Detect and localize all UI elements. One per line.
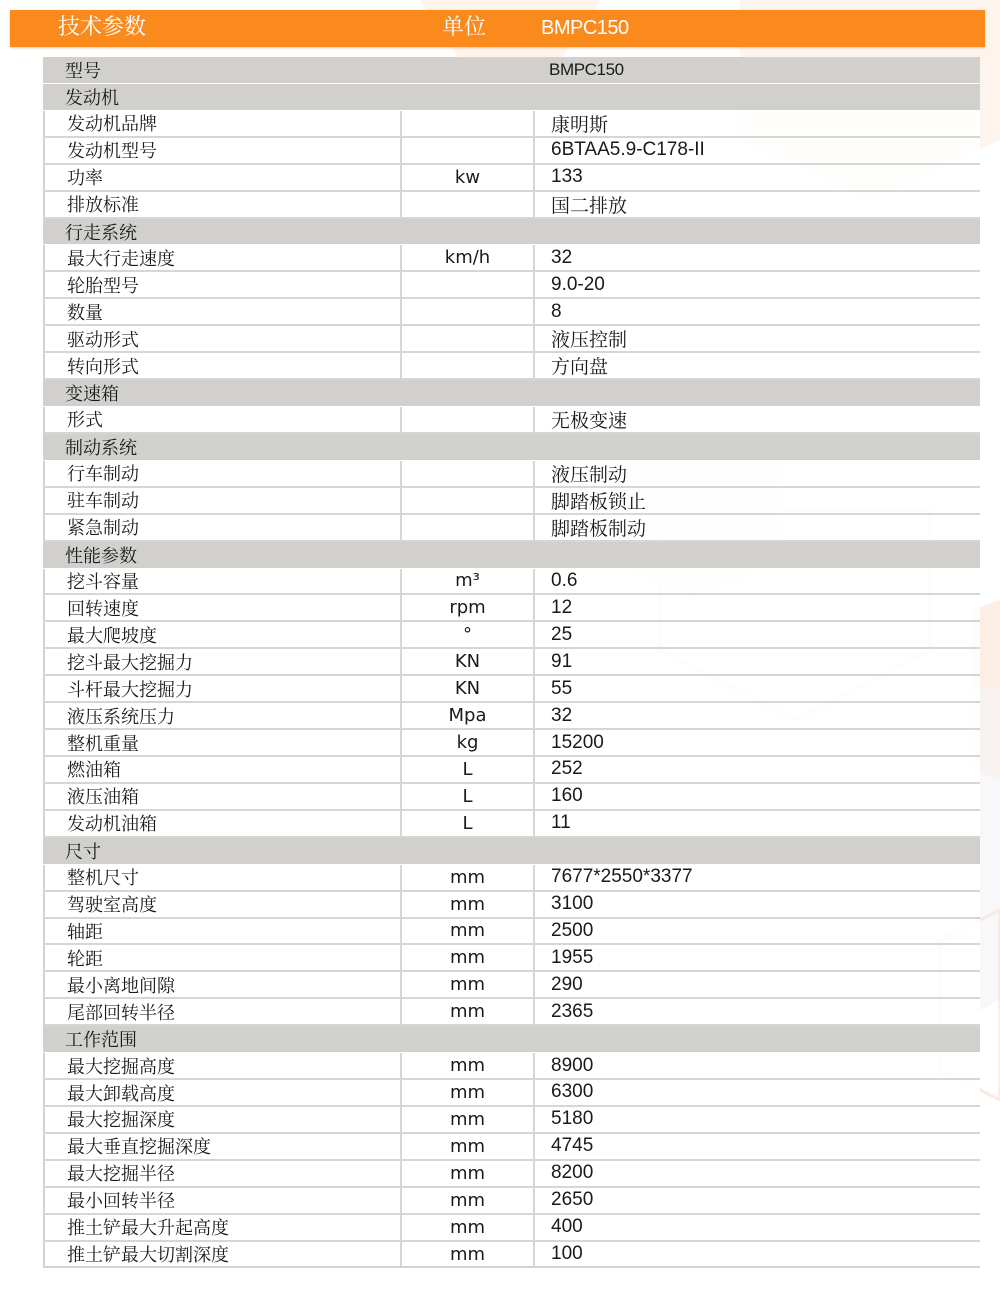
- table-row: 最大挖掘高度mm8900: [43, 1053, 980, 1080]
- section-header-gearbox: 变速箱: [43, 380, 980, 407]
- table-row: 尾部回转半径mm2365: [43, 999, 980, 1026]
- row-unit: mm: [400, 999, 535, 1024]
- section-title: 工作范围: [65, 1026, 395, 1052]
- row-value: 脚踏板锁止: [533, 488, 646, 513]
- row-unit: mm: [400, 945, 535, 970]
- row-unit: [400, 111, 535, 136]
- row-name: 型号: [65, 57, 395, 83]
- row-unit: [400, 272, 535, 297]
- row-unit: mm: [400, 1053, 535, 1078]
- row-name: 最大挖掘高度: [67, 1053, 397, 1078]
- row-name: 最大挖掘深度: [67, 1107, 397, 1132]
- section-header-dimensions: 尺寸: [43, 838, 980, 865]
- row-value: 液压制动: [533, 461, 627, 486]
- row-name: 挖斗最大挖掘力: [67, 649, 397, 674]
- row-unit: L: [400, 757, 535, 782]
- table-row: 整机尺寸mm7677*2550*3377: [43, 865, 980, 892]
- row-value: 100: [533, 1242, 583, 1267]
- row-name: 排放标准: [67, 192, 397, 217]
- row-value: 国二排放: [533, 192, 627, 217]
- table-row: 最小回转半径mm2650: [43, 1188, 980, 1215]
- row-name: 转向形式: [67, 353, 397, 378]
- row-name: 最大垂直挖掘深度: [67, 1134, 397, 1159]
- table-row: 推土铲最大升起高度mm400: [43, 1215, 980, 1242]
- row-name: 紧急制动: [67, 515, 397, 540]
- row-unit: [400, 488, 535, 513]
- table-row: 斗杆最大挖掘力KN55: [43, 676, 980, 703]
- row-value: 康明斯: [533, 111, 608, 136]
- section-header-performance: 性能参数: [43, 542, 980, 569]
- section-header-brake-system: 制动系统: [43, 434, 980, 461]
- section-title: 变速箱: [65, 380, 395, 406]
- table-row: 形式无极变速: [43, 407, 980, 434]
- row-unit: KN: [400, 676, 535, 701]
- row-name: 轮胎型号: [67, 272, 397, 297]
- section-title: 行走系统: [65, 219, 395, 245]
- row-unit: mm: [400, 1188, 535, 1213]
- table-row: 发动机油箱L11: [43, 811, 980, 838]
- row-value: 11: [533, 811, 571, 836]
- row-value: 4745: [533, 1134, 593, 1159]
- table-row: 最大卸载高度mm6300: [43, 1080, 980, 1107]
- row-name: 最大卸载高度: [67, 1080, 397, 1105]
- row-unit: [400, 461, 535, 486]
- row-name: 尾部回转半径: [67, 999, 397, 1024]
- row-value: BMPC150: [531, 57, 624, 83]
- row-unit: mm: [400, 1161, 535, 1186]
- row-name: 液压油箱: [67, 784, 397, 809]
- row-value: 0.6: [533, 569, 577, 594]
- row-unit: [400, 407, 535, 432]
- row-value: 55: [533, 676, 572, 701]
- row-name: 数量: [67, 299, 397, 324]
- row-unit: [400, 326, 535, 351]
- table-row: 液压油箱L160: [43, 784, 980, 811]
- row-value: 5180: [533, 1107, 593, 1132]
- row-name: 最大挖掘半径: [67, 1161, 397, 1186]
- table-row: 发动机型号6BTAA5.9-C178-II: [43, 138, 980, 165]
- section-title: 尺寸: [65, 838, 395, 864]
- row-name: 形式: [67, 407, 397, 432]
- row-unit: °: [400, 622, 535, 647]
- row-unit: mm: [400, 1107, 535, 1132]
- header-model-label: BMPC150: [541, 13, 629, 43]
- row-unit: mm: [400, 1242, 535, 1267]
- row-value: 6300: [533, 1080, 593, 1105]
- row-value: 91: [533, 649, 572, 674]
- row-unit: [400, 353, 535, 378]
- table-row: 发动机品牌康明斯: [43, 111, 980, 138]
- row-value: 400: [533, 1215, 583, 1240]
- table-row: 推土铲最大切割深度mm100: [43, 1242, 980, 1269]
- row-unit: rpm: [400, 595, 535, 620]
- table-row: 最大行走速度km/h32: [43, 245, 980, 272]
- row-name: 最大爬坡度: [67, 622, 397, 647]
- row-unit: L: [400, 811, 535, 836]
- row-name: 驻车制动: [67, 488, 397, 513]
- row-name: 整机重量: [67, 730, 397, 755]
- row-name: 推土铲最大升起高度: [67, 1215, 397, 1240]
- table-row: 挖斗最大挖掘力KN91: [43, 649, 980, 676]
- table-row: 驻车制动脚踏板锁止: [43, 488, 980, 515]
- table-row: 排放标准国二排放: [43, 192, 980, 219]
- row-name: 驱动形式: [67, 326, 397, 351]
- section-header-engine: 发动机: [43, 84, 980, 111]
- row-unit: mm: [400, 1215, 535, 1240]
- row-unit: Mpa: [400, 703, 535, 728]
- row-value: 无极变速: [533, 407, 627, 432]
- row-unit: mm: [400, 865, 535, 890]
- row-value: 1955: [533, 945, 593, 970]
- row-name: 发动机型号: [67, 138, 397, 163]
- row-unit: mm: [400, 919, 535, 944]
- row-name: 挖斗容量: [67, 569, 397, 594]
- row-unit: [400, 138, 535, 163]
- header-title: 技术参数: [58, 13, 146, 43]
- row-unit: kw: [400, 165, 535, 190]
- table-row: 轮胎型号9.0-20: [43, 272, 980, 299]
- row-name: 行车制动: [67, 461, 397, 486]
- row-value: 3100: [533, 892, 593, 917]
- row-value: 133: [533, 165, 583, 190]
- row-unit: mm: [400, 1080, 535, 1105]
- table-row: 最小离地间隙mm290: [43, 972, 980, 999]
- table-row: 挖斗容量m³0.6: [43, 569, 980, 596]
- table-row: 驾驶室高度mm3100: [43, 892, 980, 919]
- row-unit: mm: [400, 1134, 535, 1159]
- row-name: 燃油箱: [67, 757, 397, 782]
- row-name: 功率: [67, 165, 397, 190]
- row-name: 推土铲最大切割深度: [67, 1242, 397, 1267]
- row-value: 2500: [533, 919, 593, 944]
- row-value: 8900: [533, 1053, 593, 1078]
- row-unit: mm: [400, 892, 535, 917]
- row-value: 12: [533, 595, 572, 620]
- row-value: 32: [533, 245, 572, 270]
- row-value: 15200: [533, 730, 604, 755]
- row-name: 驾驶室高度: [67, 892, 397, 917]
- table-row: 液压系统压力Mpa32: [43, 703, 980, 730]
- section-title: 制动系统: [65, 434, 395, 460]
- table-row: 数量8: [43, 299, 980, 326]
- row-name: 发动机油箱: [67, 811, 397, 836]
- row-value: 8: [533, 299, 562, 324]
- spec-table-header: 技术参数 单位 BMPC150: [10, 10, 985, 47]
- row-value: 方向盘: [533, 353, 608, 378]
- row-name: 最小回转半径: [67, 1188, 397, 1213]
- row-value: 25: [533, 622, 572, 647]
- row-value: 9.0-20: [533, 272, 605, 297]
- row-name: 发动机品牌: [67, 111, 397, 136]
- header-unit-label: 单位: [442, 13, 486, 43]
- row-name: 液压系统压力: [67, 703, 397, 728]
- table-row: 行车制动液压制动: [43, 461, 980, 488]
- row-name: 轮距: [67, 945, 397, 970]
- row-value: 2365: [533, 999, 593, 1024]
- row-unit: [400, 515, 535, 540]
- section-header-travel-system: 行走系统: [43, 219, 980, 246]
- row-unit: L: [400, 784, 535, 809]
- section-title: 性能参数: [65, 542, 395, 568]
- table-row: 转向形式方向盘: [43, 353, 980, 380]
- table-row: 紧急制动脚踏板制动: [43, 515, 980, 542]
- row-value: 8200: [533, 1161, 593, 1186]
- table-row: 轮距mm1955: [43, 945, 980, 972]
- row-unit: [400, 299, 535, 324]
- table-row: 轴距mm2500: [43, 919, 980, 946]
- row-value: 液压控制: [533, 326, 627, 351]
- table-row: 最大爬坡度°25: [43, 622, 980, 649]
- table-row: 最大挖掘半径mm8200: [43, 1161, 980, 1188]
- row-name: 回转速度: [67, 595, 397, 620]
- row-name: 最小离地间隙: [67, 972, 397, 997]
- table-row: 整机重量kg15200: [43, 730, 980, 757]
- section-header-working-range: 工作范围: [43, 1026, 980, 1053]
- row-value: 252: [533, 757, 583, 782]
- table-row: 最大挖掘深度mm5180: [43, 1107, 980, 1134]
- row-unit: [400, 192, 535, 217]
- row-value: 2650: [533, 1188, 593, 1213]
- table-row: 燃油箱L252: [43, 757, 980, 784]
- table-row: 回转速度rpm12: [43, 595, 980, 622]
- row-value: 290: [533, 972, 583, 997]
- table-row: 最大垂直挖掘深度mm4745: [43, 1134, 980, 1161]
- row-value: 160: [533, 784, 583, 809]
- row-value: 6BTAA5.9-C178-II: [533, 138, 705, 163]
- row-name: 整机尺寸: [67, 865, 397, 890]
- row-unit: mm: [400, 972, 535, 997]
- row-unit: m³: [400, 569, 535, 594]
- row-value: 脚踏板制动: [533, 515, 646, 540]
- section-title: 发动机: [65, 84, 395, 110]
- table-row: 驱动形式液压控制: [43, 326, 980, 353]
- table-row: 功率kw133: [43, 165, 980, 192]
- row-name: 最大行走速度: [67, 245, 397, 270]
- model-row: 型号 BMPC150: [43, 57, 980, 84]
- row-unit: kg: [400, 730, 535, 755]
- row-unit: km/h: [400, 245, 535, 270]
- row-value: 7677*2550*3377: [533, 865, 693, 890]
- row-name: 斗杆最大挖掘力: [67, 676, 397, 701]
- spec-table: 型号 BMPC150 发动机 发动机品牌康明斯 发动机型号6BTAA5.9-C1…: [43, 57, 980, 1268]
- row-name: 轴距: [67, 919, 397, 944]
- row-value: 32: [533, 703, 572, 728]
- row-unit: KN: [400, 649, 535, 674]
